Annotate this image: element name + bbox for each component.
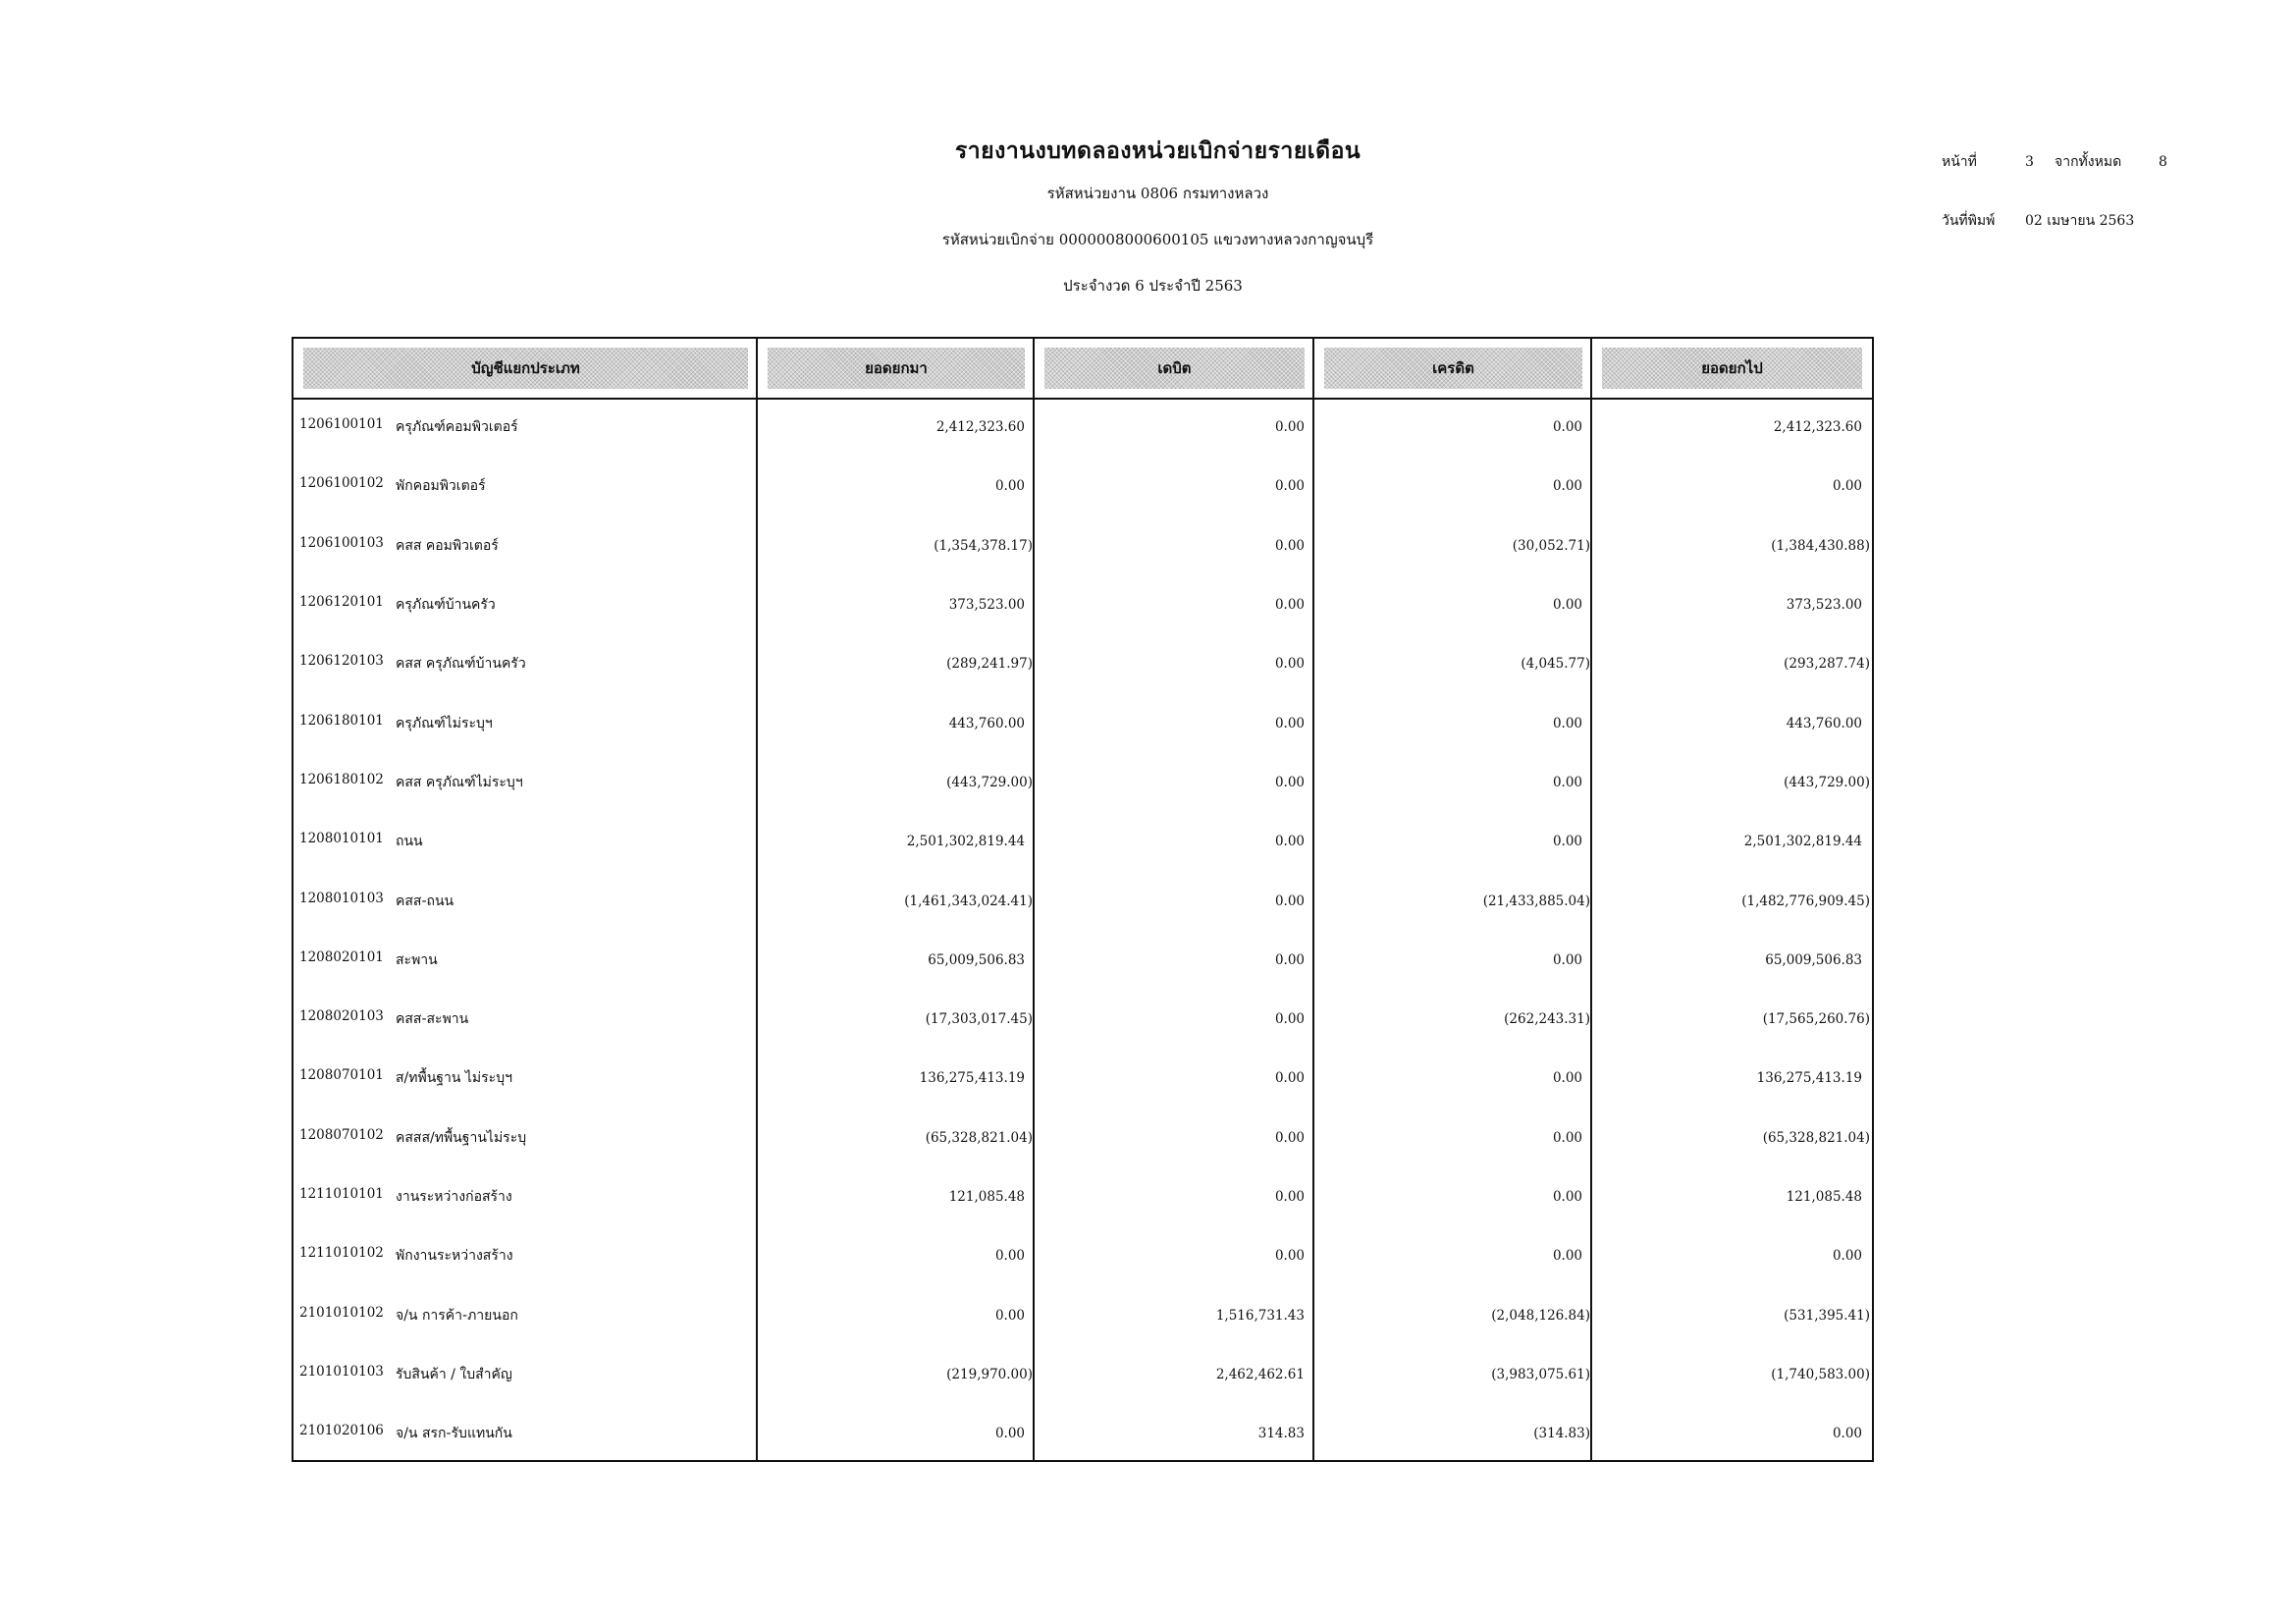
account-cell: 1206120103คสส ครุภัณฑ์บ้านครัว <box>294 653 758 675</box>
table-row: 2101010102จ/น การค้า-ภายนอก0.001,516,731… <box>294 1285 1872 1344</box>
closing-amount: 136,275,413.19 <box>1592 1070 1872 1086</box>
table-row: 2101010103รับสินค้า / ใบสำคัญ(219,970.00… <box>294 1345 1872 1404</box>
header-account: บัญชีแยกประเภท <box>294 339 758 398</box>
account-name: ครุภัณฑ์ไม่ระบุฯ <box>396 713 493 734</box>
opening-amount: 65,009,506.83 <box>758 952 1035 968</box>
opening-amount: 443,760.00 <box>758 716 1035 731</box>
debit-amount: 0.00 <box>1035 1248 1314 1264</box>
table-row: 1206180101ครุภัณฑ์ไม่ระบุฯ443,760.000.00… <box>294 693 1872 752</box>
account-code: 1206100102 <box>299 475 396 497</box>
debit-amount: 0.00 <box>1035 1189 1314 1205</box>
account-cell: 2101010102จ/น การค้า-ภายนอก <box>294 1305 758 1326</box>
debit-amount: 0.00 <box>1035 893 1314 909</box>
credit-amount: 0.00 <box>1314 716 1592 731</box>
account-name: จ/น การค้า-ภายนอก <box>396 1305 518 1326</box>
credit-amount: (4,045.77) <box>1314 656 1592 672</box>
account-cell: 1208010101ถนน <box>294 831 758 852</box>
account-cell: 1208020103คสส-สะพาน <box>294 1008 758 1030</box>
account-cell: 1208020101สะพาน <box>294 949 758 971</box>
closing-amount: 65,009,506.83 <box>1592 952 1872 968</box>
header-closing-balance: ยอดยกไป <box>1592 339 1872 398</box>
credit-amount: (3,983,075.61) <box>1314 1367 1592 1382</box>
account-cell: 2101010103รับสินค้า / ใบสำคัญ <box>294 1364 758 1385</box>
total-pages: 8 <box>2159 146 2167 178</box>
account-name: คสส-สะพาน <box>396 1008 468 1030</box>
account-cell: 1208010103คสส-ถนน <box>294 891 758 912</box>
closing-amount: (1,482,776,909.45) <box>1592 893 1872 909</box>
credit-amount: (314.83) <box>1314 1426 1592 1441</box>
page-meta: หน้าที่ 3 จากทั้งหมด 8 วันที่พิมพ์ 02 เม… <box>1942 133 2167 251</box>
closing-amount: (17,565,260.76) <box>1592 1011 1872 1027</box>
credit-amount: (21,433,885.04) <box>1314 893 1592 909</box>
account-code: 1208010103 <box>299 891 396 912</box>
table-row: 1206100102พักคอมพิวเตอร์0.000.000.000.00 <box>294 457 1872 515</box>
account-name: คสส ครุภัณฑ์ไม่ระบุฯ <box>396 772 523 793</box>
account-code: 2101010102 <box>299 1305 396 1326</box>
table-row: 1208020103คสส-สะพาน(17,303,017.45)0.00(2… <box>294 990 1872 1049</box>
credit-amount: 0.00 <box>1314 478 1592 494</box>
opening-amount: (443,729.00) <box>758 775 1035 790</box>
account-code: 1208010101 <box>299 831 396 852</box>
account-name: สะพาน <box>396 949 438 971</box>
account-code: 1211010101 <box>299 1186 396 1208</box>
account-name: คสส คอมพิวเตอร์ <box>396 535 499 557</box>
opening-amount: (1,354,378.17) <box>758 538 1035 554</box>
debit-amount: 0.00 <box>1035 1011 1314 1027</box>
credit-amount: 0.00 <box>1314 775 1592 790</box>
opening-amount: (65,328,821.04) <box>758 1130 1035 1146</box>
account-name: คสส-ถนน <box>396 891 454 912</box>
account-cell: 1206120101ครุภัณฑ์บ้านครัว <box>294 594 758 616</box>
account-name: ส/ทพื้นฐาน ไม่ระบุฯ <box>396 1067 512 1089</box>
closing-amount: 373,523.00 <box>1592 597 1872 613</box>
account-code: 1208020103 <box>299 1008 396 1030</box>
opening-amount: (17,303,017.45) <box>758 1011 1035 1027</box>
account-name: รับสินค้า / ใบสำคัญ <box>396 1364 512 1385</box>
opening-amount: (219,970.00) <box>758 1367 1035 1382</box>
opening-amount: 373,523.00 <box>758 597 1035 613</box>
table-row: 1208010101ถนน2,501,302,819.440.000.002,5… <box>294 812 1872 871</box>
opening-amount: 121,085.48 <box>758 1189 1035 1205</box>
account-name: ครุภัณฑ์คอมพิวเตอร์ <box>396 416 518 438</box>
account-code: 1206120101 <box>299 594 396 616</box>
print-date-label: วันที่พิมพ์ <box>1942 205 2025 237</box>
account-code: 2101020106 <box>299 1423 396 1444</box>
period-line: ประจำงวด 6 ประจำปี 2563 <box>0 274 2296 298</box>
closing-amount: (65,328,821.04) <box>1592 1130 1872 1146</box>
table-row: 1206180102คสส ครุภัณฑ์ไม่ระบุฯ(443,729.0… <box>294 753 1872 812</box>
account-code: 1206120103 <box>299 653 396 675</box>
closing-amount: 0.00 <box>1592 1426 1872 1441</box>
opening-amount: 0.00 <box>758 1308 1035 1324</box>
account-name: งานระหว่างก่อสร้าง <box>396 1186 512 1208</box>
account-code: 1208020101 <box>299 949 396 971</box>
closing-amount: (1,740,583.00) <box>1592 1367 1872 1382</box>
credit-amount: 0.00 <box>1314 1070 1592 1086</box>
debit-amount: 0.00 <box>1035 656 1314 672</box>
debit-amount: 0.00 <box>1035 419 1314 435</box>
table-body: 1206100101ครุภัณฑ์คอมพิวเตอร์2,412,323.6… <box>294 398 1872 1463</box>
table-row: 1206100103คสส คอมพิวเตอร์(1,354,378.17)0… <box>294 516 1872 575</box>
account-cell: 1211010101งานระหว่างก่อสร้าง <box>294 1186 758 1208</box>
credit-amount: 0.00 <box>1314 597 1592 613</box>
credit-amount: 0.00 <box>1314 1130 1592 1146</box>
opening-amount: (289,241.97) <box>758 656 1035 672</box>
header-debit: เดบิต <box>1035 339 1314 398</box>
table-row: 1208070102คสสส/ทพื้นฐานไม่ระบุ(65,328,82… <box>294 1109 1872 1167</box>
debit-amount: 0.00 <box>1035 952 1314 968</box>
account-cell: 1206100101ครุภัณฑ์คอมพิวเตอร์ <box>294 416 758 438</box>
closing-amount: (443,729.00) <box>1592 775 1872 790</box>
account-cell: 1208070102คสสส/ทพื้นฐานไม่ระบุ <box>294 1127 758 1149</box>
print-date-info: วันที่พิมพ์ 02 เมษายน 2563 <box>1942 191 2167 250</box>
account-name: พักคอมพิวเตอร์ <box>396 475 486 497</box>
debit-amount: 0.00 <box>1035 775 1314 790</box>
credit-amount: 0.00 <box>1314 1248 1592 1264</box>
closing-amount: 2,501,302,819.44 <box>1592 834 1872 849</box>
opening-amount: (1,461,343,024.41) <box>758 893 1035 909</box>
opening-amount: 0.00 <box>758 478 1035 494</box>
table-row: 1206100101ครุภัณฑ์คอมพิวเตอร์2,412,323.6… <box>294 398 1872 457</box>
debit-amount: 0.00 <box>1035 478 1314 494</box>
table-row: 1211010102พักงานระหว่างสร้าง0.000.000.00… <box>294 1226 1872 1285</box>
closing-amount: 0.00 <box>1592 478 1872 494</box>
account-name: ถนน <box>396 831 423 852</box>
debit-amount: 0.00 <box>1035 1070 1314 1086</box>
account-name: ครุภัณฑ์บ้านครัว <box>396 594 496 616</box>
table-header: บัญชีแยกประเภท ยอดยกมา เดบิต เครดิต ยอดย… <box>294 339 1872 400</box>
account-cell: 1206100102พักคอมพิวเตอร์ <box>294 475 758 497</box>
print-date: 02 เมษายน 2563 <box>2025 205 2134 237</box>
account-cell: 1206180102คสส ครุภัณฑ์ไม่ระบุฯ <box>294 772 758 793</box>
opening-amount: 0.00 <box>758 1248 1035 1264</box>
account-name: คสส ครุภัณฑ์บ้านครัว <box>396 653 526 675</box>
account-code: 1208070101 <box>299 1067 396 1089</box>
page-info: หน้าที่ 3 จากทั้งหมด 8 <box>1942 133 2167 191</box>
account-code: 2101010103 <box>299 1364 396 1385</box>
credit-amount: (262,243.31) <box>1314 1011 1592 1027</box>
debit-amount: 314.83 <box>1035 1426 1314 1441</box>
trial-balance-table: บัญชีแยกประเภท ยอดยกมา เดบิต เครดิต ยอดย… <box>292 337 1874 1462</box>
debit-amount: 2,462,462.61 <box>1035 1367 1314 1382</box>
credit-amount: (2,048,126.84) <box>1314 1308 1592 1324</box>
credit-amount: 0.00 <box>1314 1189 1592 1205</box>
account-name: พักงานระหว่างสร้าง <box>396 1245 513 1267</box>
credit-amount: 0.00 <box>1314 952 1592 968</box>
table-row: 2101020106จ/น สรก-รับแทนกัน0.00314.83(31… <box>294 1404 1872 1463</box>
account-code: 1211010102 <box>299 1245 396 1267</box>
credit-amount: (30,052.71) <box>1314 538 1592 554</box>
account-cell: 1208070101ส/ทพื้นฐาน ไม่ระบุฯ <box>294 1067 758 1089</box>
header-opening-balance: ยอดยกมา <box>758 339 1035 398</box>
credit-amount: 0.00 <box>1314 834 1592 849</box>
debit-amount: 0.00 <box>1035 1130 1314 1146</box>
account-code: 1206180102 <box>299 772 396 793</box>
table-row: 1208010103คสส-ถนน(1,461,343,024.41)0.00(… <box>294 871 1872 930</box>
closing-amount: 0.00 <box>1592 1248 1872 1264</box>
debit-amount: 0.00 <box>1035 716 1314 731</box>
table-row: 1206120103คสส ครุภัณฑ์บ้านครัว(289,241.9… <box>294 634 1872 693</box>
opening-amount: 0.00 <box>758 1426 1035 1441</box>
table-row: 1208020101สะพาน65,009,506.830.000.0065,0… <box>294 931 1872 990</box>
table-row: 1208070101ส/ทพื้นฐาน ไม่ระบุฯ136,275,413… <box>294 1049 1872 1108</box>
closing-amount: (293,287.74) <box>1592 656 1872 672</box>
account-code: 1206100103 <box>299 535 396 557</box>
closing-amount: (1,384,430.88) <box>1592 538 1872 554</box>
account-cell: 2101020106จ/น สรก-รับแทนกัน <box>294 1423 758 1444</box>
page-label: หน้าที่ <box>1942 146 2025 178</box>
closing-amount: 121,085.48 <box>1592 1189 1872 1205</box>
account-cell: 1206100103คสส คอมพิวเตอร์ <box>294 535 758 557</box>
account-code: 1208070102 <box>299 1127 396 1149</box>
account-name: จ/น สรก-รับแทนกัน <box>396 1423 512 1444</box>
table-row: 1211010101งานระหว่างก่อสร้าง121,085.480.… <box>294 1167 1872 1226</box>
debit-amount: 0.00 <box>1035 538 1314 554</box>
closing-amount: 443,760.00 <box>1592 716 1872 731</box>
credit-amount: 0.00 <box>1314 419 1592 435</box>
debit-amount: 0.00 <box>1035 834 1314 849</box>
debit-amount: 0.00 <box>1035 597 1314 613</box>
closing-amount: 2,412,323.60 <box>1592 419 1872 435</box>
account-cell: 1206180101ครุภัณฑ์ไม่ระบุฯ <box>294 713 758 734</box>
table-row: 1206120101ครุภัณฑ์บ้านครัว373,523.000.00… <box>294 575 1872 634</box>
total-label: จากทั้งหมด <box>2055 146 2159 178</box>
debit-amount: 1,516,731.43 <box>1035 1308 1314 1324</box>
closing-amount: (531,395.41) <box>1592 1308 1872 1324</box>
opening-amount: 2,412,323.60 <box>758 419 1035 435</box>
opening-amount: 136,275,413.19 <box>758 1070 1035 1086</box>
opening-amount: 2,501,302,819.44 <box>758 834 1035 849</box>
header-credit: เครดิต <box>1314 339 1592 398</box>
account-code: 1206180101 <box>299 713 396 734</box>
account-code: 1206100101 <box>299 416 396 438</box>
account-cell: 1211010102พักงานระหว่างสร้าง <box>294 1245 758 1267</box>
account-name: คสสส/ทพื้นฐานไม่ระบุ <box>396 1127 526 1149</box>
page-number: 3 <box>2025 146 2055 178</box>
